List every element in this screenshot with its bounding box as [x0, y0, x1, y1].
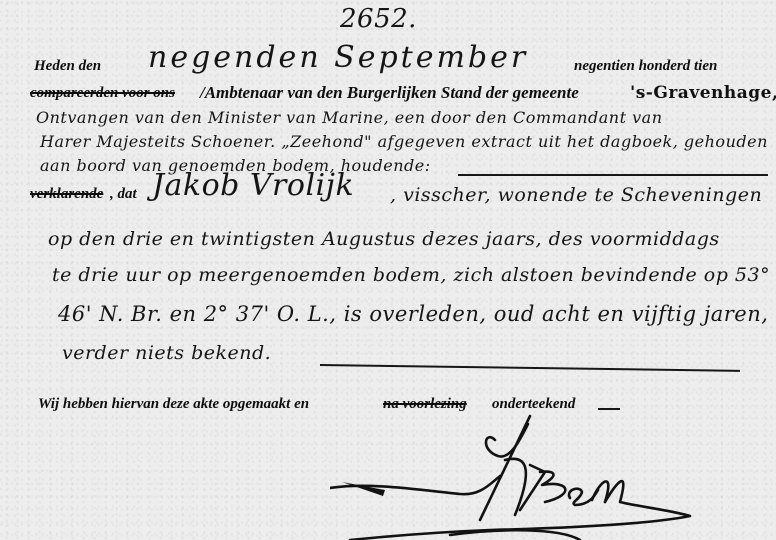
- handwritten-occupation-residence: , visscher, wonende te Scheveningen: [390, 184, 762, 206]
- handwritten-line-8: te drie uur op meergenoemden bodem, zich…: [52, 264, 770, 286]
- handwritten-line-10: verder niets bekend.: [62, 342, 271, 364]
- handwritten-line-4: Harer Majesteits Schoener. „Zeehond" afg…: [40, 132, 768, 151]
- handwritten-date: negenden September: [148, 40, 528, 75]
- signature: J.W. Bell: [330, 410, 776, 540]
- printed-closing: Wij hebben hiervan deze akte opgemaakt e…: [38, 396, 309, 413]
- struck-verklarende: verklarende: [30, 186, 103, 203]
- municipality: 's-Gravenhage,: [630, 83, 776, 103]
- handwritten-line-3: Ontvangen van den Minister van Marine, e…: [36, 108, 663, 127]
- printed-year: negentien honderd tien: [574, 58, 717, 75]
- record-number: 2652.: [340, 4, 417, 34]
- handwritten-line-9: 46' N. Br. en 2° 37' O. L., is overleden…: [58, 302, 768, 326]
- deceased-name: Jakob Vrolijk: [152, 168, 354, 203]
- struck-compareerden: compareerden voor ons: [30, 85, 175, 102]
- printed-dat: , dat: [110, 186, 137, 203]
- fill-rule: [458, 174, 768, 176]
- printed-heden-den: Heden den: [34, 58, 101, 75]
- handwritten-line-7: op den drie en twintigsten Augustus deze…: [48, 228, 720, 250]
- signature-flourish-icon: [330, 410, 776, 540]
- printed-ambtenaar: /Ambtenaar van den Burgerlijken Stand de…: [200, 83, 579, 103]
